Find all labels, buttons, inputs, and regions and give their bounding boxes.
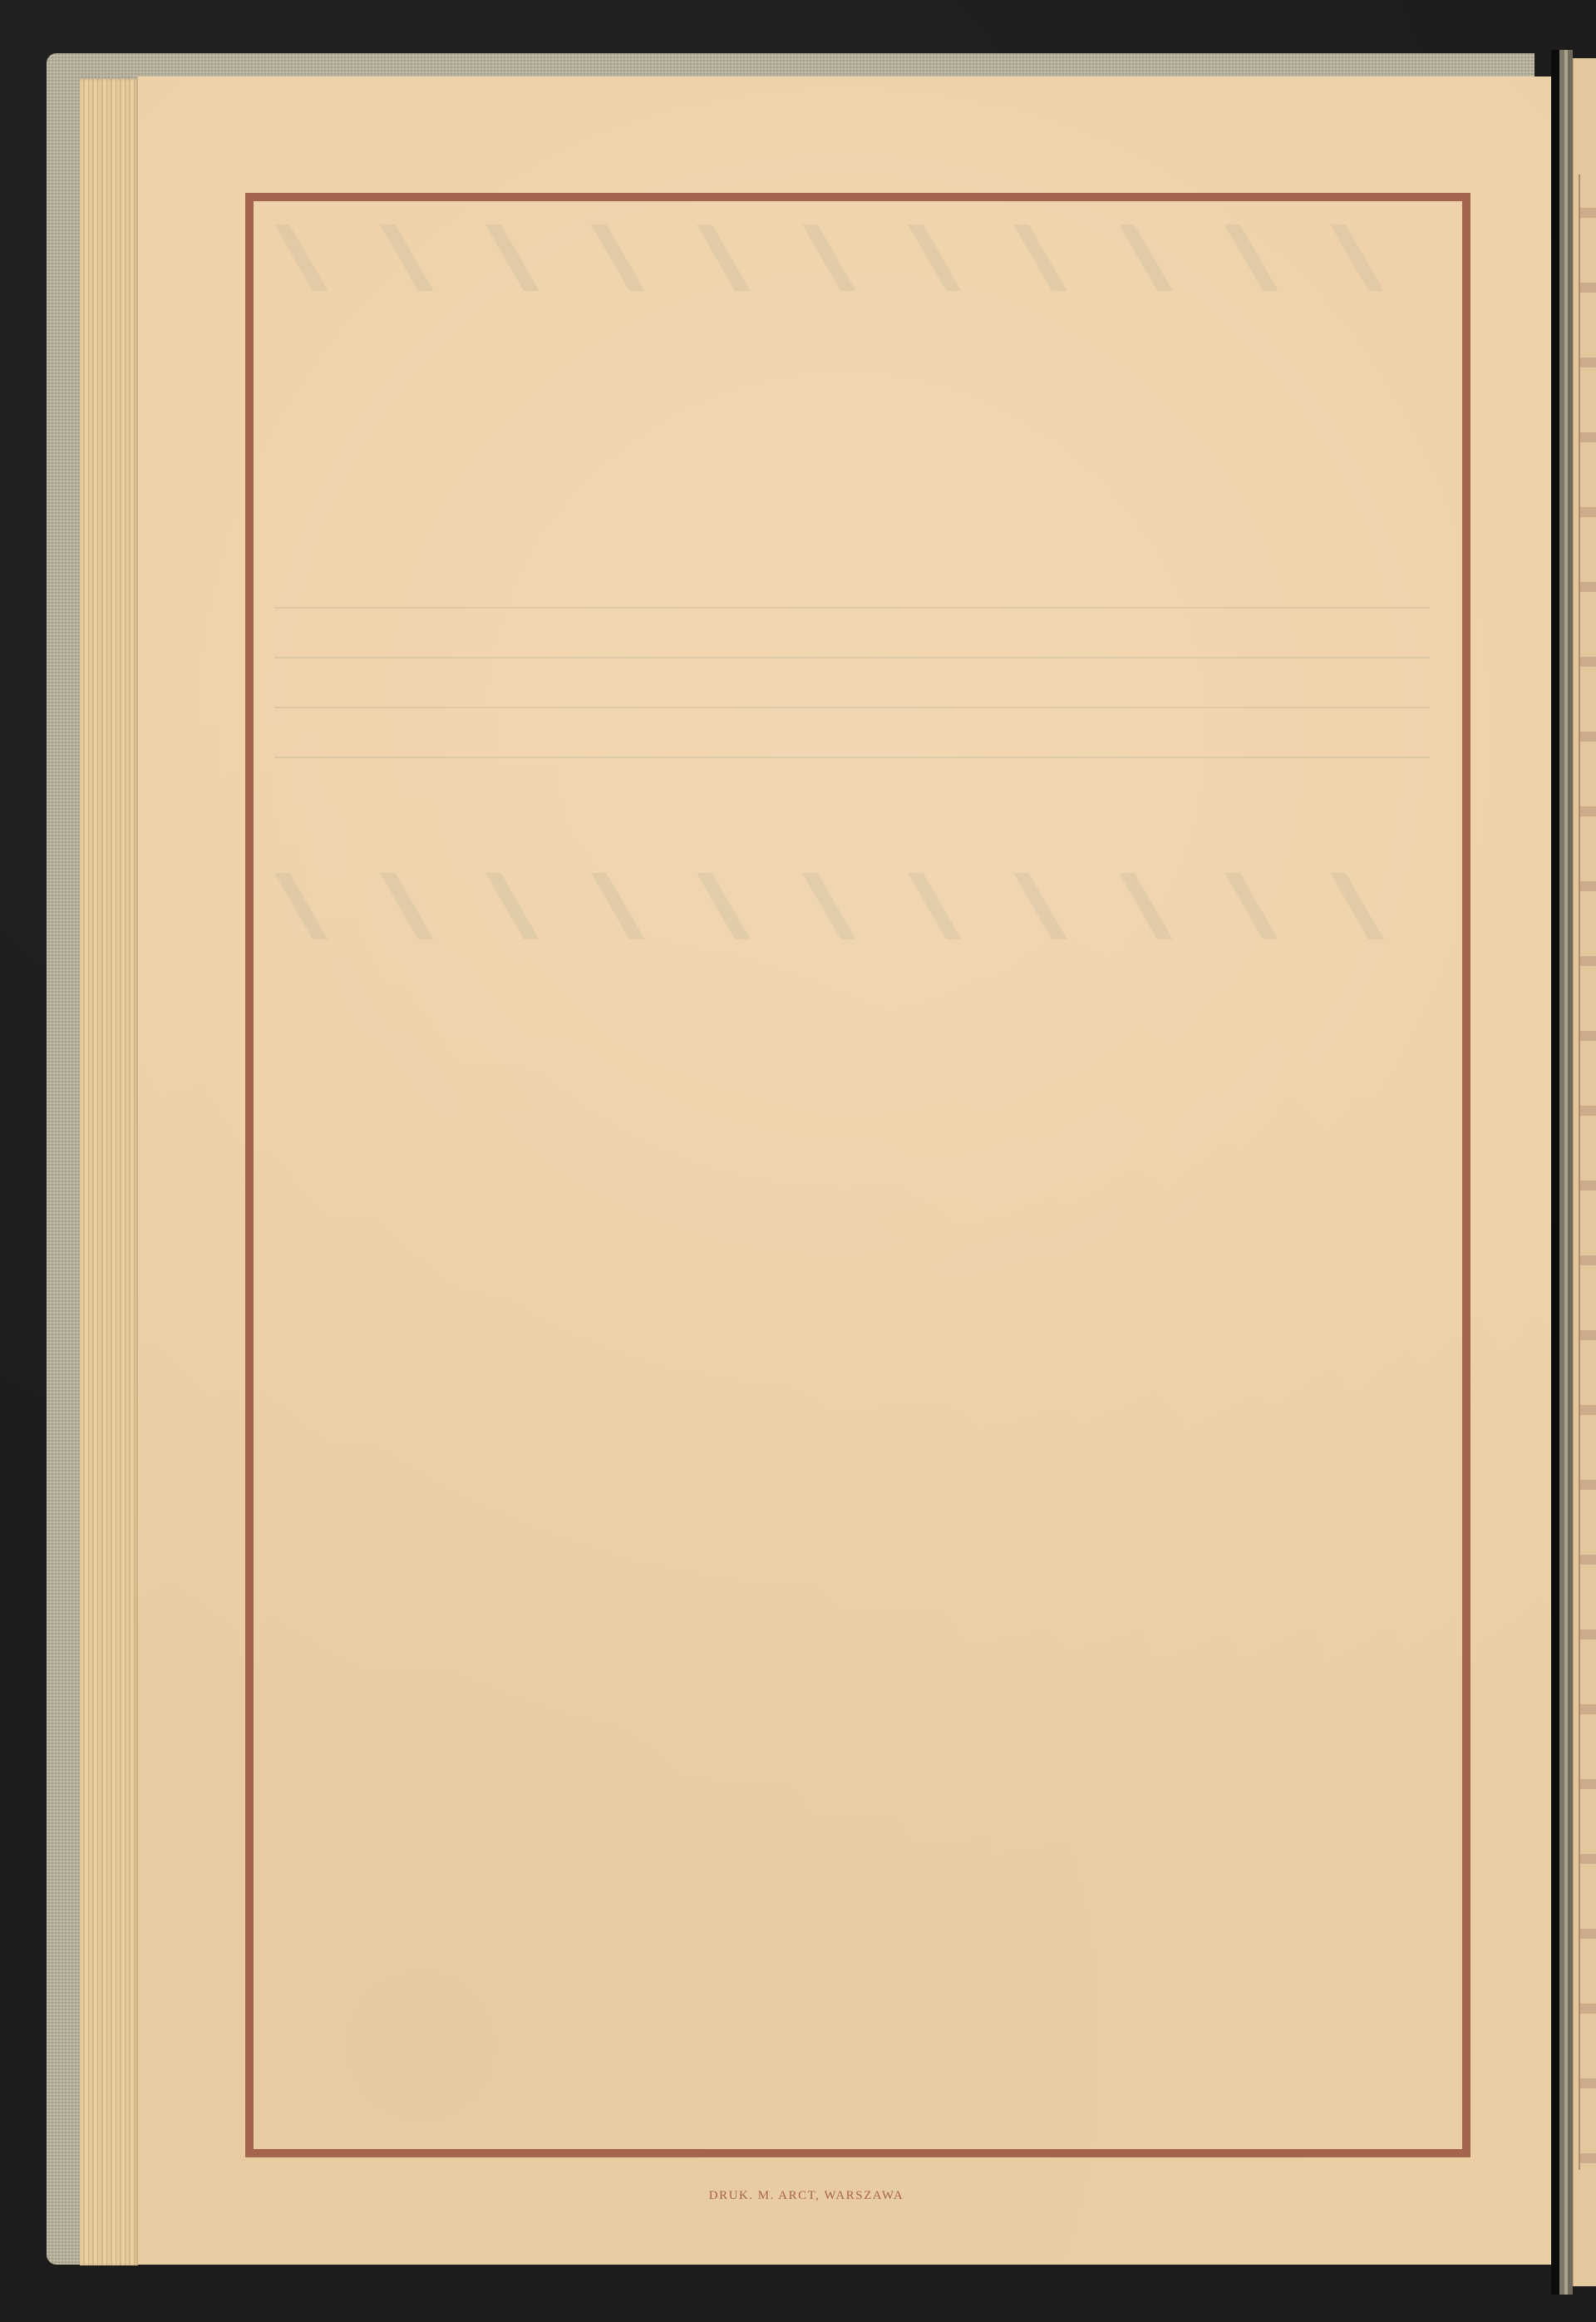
- page-border-frame: [245, 193, 1470, 2157]
- imprint-text: DRUK. M. ARCT, WARSZAWA: [709, 2189, 904, 2202]
- adjacent-page-ornament: [1579, 175, 1596, 2170]
- page-edges: [80, 79, 138, 2265]
- printer-imprint: DRUK. M. ARCT, WARSZAWA: [0, 2189, 1596, 2203]
- adjacent-page-edge: [1573, 58, 1596, 2286]
- book-gutter: [1551, 50, 1573, 2295]
